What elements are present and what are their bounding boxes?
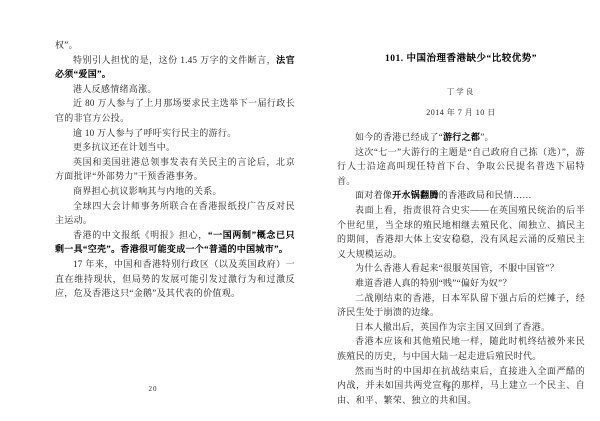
left-page-body: 权”。特别引人担忧的是，这份 1.45 万字的文件断言，法官必须“爱国”。港人反…: [55, 38, 295, 301]
body-text: 难道香港人真的特别“贱”“偏好为奴”？: [355, 278, 512, 288]
body-text: ”。: [480, 132, 494, 142]
paragraph: 如今的香港已经成了“游行之都”。: [337, 130, 585, 145]
body-text: 港人反感情绪高涨。: [73, 84, 157, 94]
paragraph: 为什么香港人看起来“很服英国管，不服中国管”？: [337, 261, 585, 276]
body-text: 为什么香港人看起来“很服英国管，不服中国管”？: [355, 263, 559, 273]
body-text: 17 年来，中国和香港特别行政区（以及英国政府）一直在维持现状，但局势的发展可能…: [55, 259, 295, 298]
paragraph: 面对着像开水锅翻腾的香港政局和民情……: [337, 188, 585, 203]
right-page-body: 如今的香港已经成了“游行之都”。这次“七一”大游行的主题是“自己政府自己拣（选）…: [337, 130, 585, 407]
paragraph: 这次“七一”大游行的主题是“自己政府自己拣（选）”，游行人士沿途高叫现任特首下台…: [337, 145, 585, 189]
paragraph: 近 80 万人参与了上月那场要求民主选举下一届行政长官的非官方公投。: [55, 96, 295, 125]
body-text: 日本人撤出后，英国作为宗主国又回到了香港。: [355, 322, 550, 332]
paragraph: 更多抗议还在计划当中。: [55, 140, 295, 155]
body-text: 全球四大会计师事务所联合在香港报纸投广告反对民主运动。: [55, 201, 295, 226]
body-text: 权”。: [55, 40, 78, 50]
body-text: 二战刚结束的香港，日本军队留下强占后的烂摊子，经济民生处于崩溃的边缘。: [337, 293, 585, 318]
paragraph: 全球四大会计师事务所联合在香港报纸投广告反对民主运动。: [55, 199, 295, 228]
body-text: 面对着像: [355, 190, 392, 200]
paragraph: 日本人撤出后，英国作为宗主国又回到了香港。: [337, 320, 585, 335]
body-text: 逾 10 万人参与了呼吁实行民主的游行。: [73, 128, 237, 138]
paragraph: 商界担心抗议影响其与内地的关系。: [55, 184, 295, 199]
body-text: 特别引人担忧的是，这份 1.45 万字的文件断言，: [73, 55, 276, 65]
paragraph: 表面上看，指责很符合史实——在英国殖民统治的后半个世纪里，当全球的殖民地相继去殖…: [337, 203, 585, 261]
document-spread: 权”。特别引人担忧的是，这份 1.45 万字的文件断言，法官必须“爱国”。港人反…: [0, 0, 600, 421]
page-number-left: 20: [33, 385, 273, 393]
body-text: 表面上看，指责很符合史实——在英国殖民统治的后半个世纪里，当全球的殖民地相继去殖…: [337, 205, 585, 259]
paragraph: 港人反感情绪高涨。: [55, 82, 295, 97]
paragraph: 英国和美国驻港总领事发表有关民主的言论后，北京方面批评“外部势力”干预香港事务。: [55, 155, 295, 184]
right-page: 101. 中国治理香港缺少“比较优势” 丁学良 2014 年 7 月 10 日 …: [337, 0, 585, 421]
paragraph: 二战刚结束的香港，日本军队留下强占后的烂摊子，经济民生处于崩溃的边缘。: [337, 291, 585, 320]
body-text: 近 80 万人参与了上月那场要求民主选举下一届行政长官的非官方公投。: [55, 98, 295, 123]
article-title: 101. 中国治理香港缺少“比较优势”: [337, 50, 585, 64]
paragraph: 逾 10 万人参与了呼吁实行民主的游行。: [55, 126, 295, 141]
body-text: 香港的中文报纸《明报》担心，: [73, 230, 208, 240]
emphasis-text: 游行之都: [443, 132, 480, 142]
emphasis-text: 开水锅翻腾: [392, 190, 439, 200]
body-text: 的香港政局和民情……: [439, 190, 532, 200]
paragraph: 17 年来，中国和香港特别行政区（以及英国政府）一直在维持现状，但局势的发展可能…: [55, 257, 295, 301]
page-number-right: 21: [327, 385, 575, 393]
body-text: 香港本应该和其他殖民地一样，随此时机终结被外来民族殖民的历史，与中国大陆一起走进…: [337, 336, 585, 361]
article-author: 丁学良: [337, 86, 585, 97]
body-text: 这次“七一”大游行的主题是“自己政府自己拣（选）”，游行人士沿途高叫现任特首下台…: [337, 147, 585, 186]
paragraph: 香港的中文报纸《明报》担心，“一国两制”概念已只剩一具“空壳”。香港很可能变成一…: [55, 228, 295, 257]
body-text: 更多抗议还在计划当中。: [73, 142, 175, 152]
left-page: 权”。特别引人担忧的是，这份 1.45 万字的文件断言，法官必须“爱国”。港人反…: [55, 0, 295, 421]
paragraph: 香港本应该和其他殖民地一样，随此时机终结被外来民族殖民的历史，与中国大陆一起走进…: [337, 334, 585, 363]
article-header: 101. 中国治理香港缺少“比较优势” 丁学良 2014 年 7 月 10 日: [337, 50, 585, 118]
body-text: 如今的香港已经成了“: [355, 132, 443, 142]
body-text: 英国和美国驻港总领事发表有关民主的言论后，北京方面批评“外部势力”干预香港事务。: [55, 157, 295, 182]
paragraph: 权”。: [55, 38, 295, 53]
paragraph: 难道香港人真的特别“贱”“偏好为奴”？: [337, 276, 585, 291]
article-date: 2014 年 7 月 10 日: [337, 107, 585, 118]
body-text: 商界担心抗议影响其与内地的关系。: [73, 186, 222, 196]
paragraph: 特别引人担忧的是，这份 1.45 万字的文件断言，法官必须“爱国”。: [55, 53, 295, 82]
